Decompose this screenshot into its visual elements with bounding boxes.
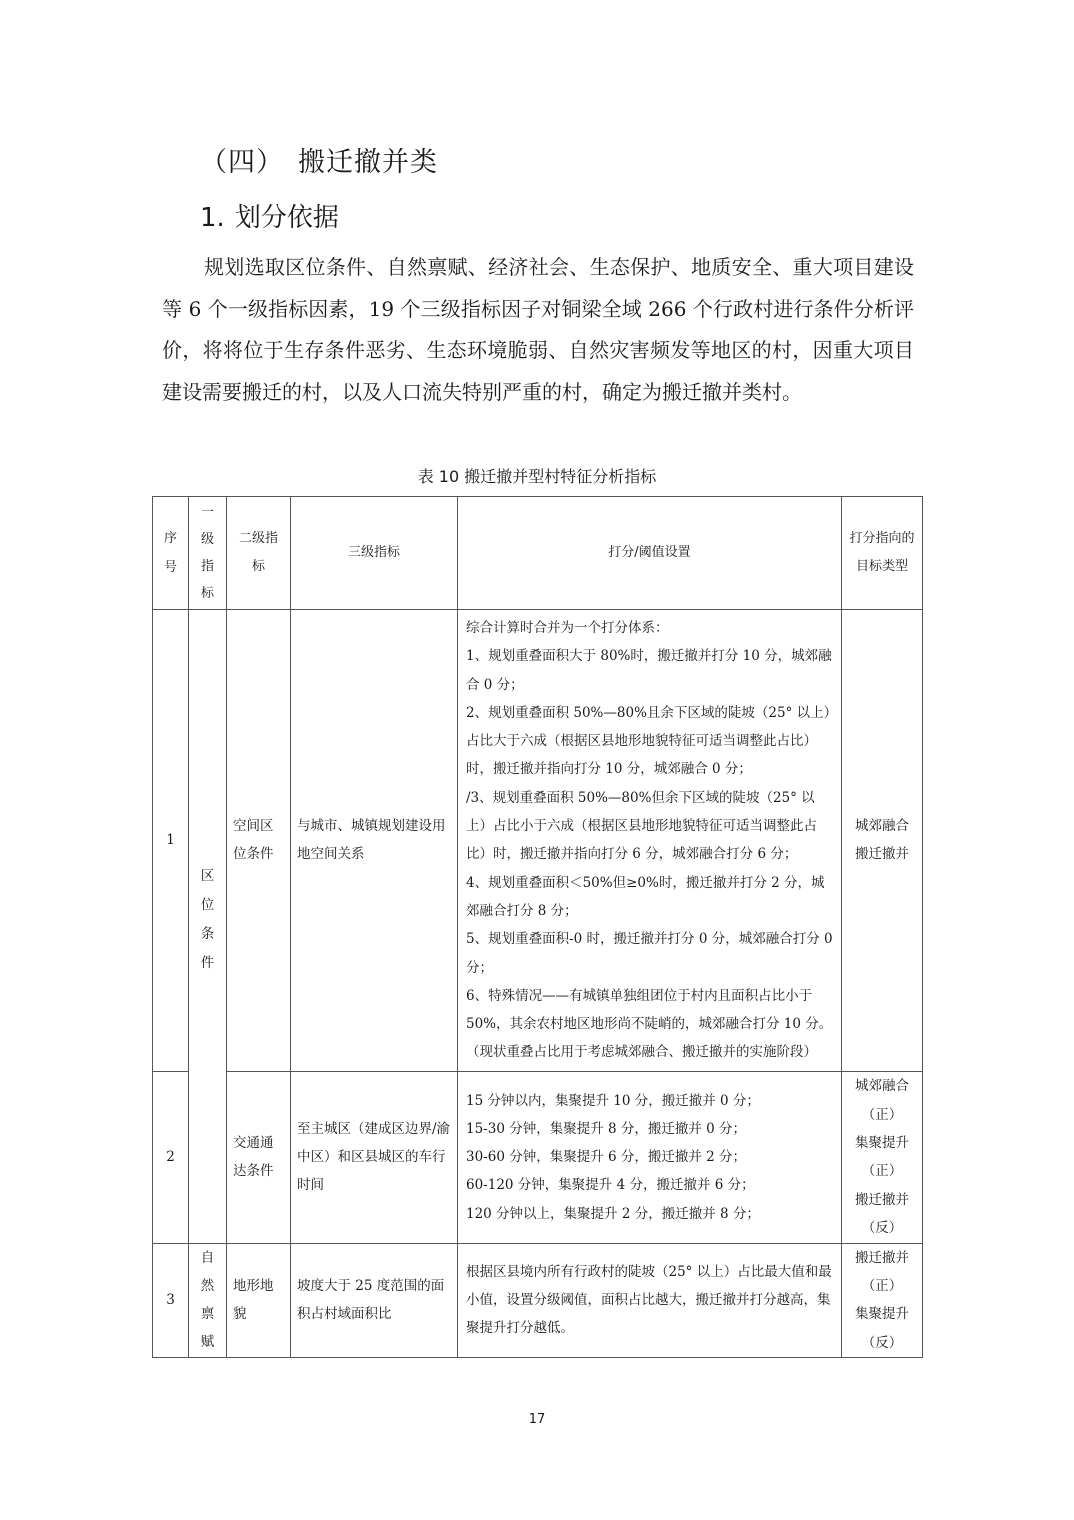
header-level1: 一级指标: [189, 497, 227, 610]
cell-seq: 2: [153, 1071, 189, 1243]
table-row: 2 交通通达条件 至主城区（建成区边界/渝中区）和区县城区的车行时间 15 分钟…: [153, 1071, 923, 1243]
cell-score: 综合计算时合并为一个打分体系： 1、规划重叠面积大于 80%时，搬迁撤并打分 1…: [458, 610, 842, 1072]
subsection-title: 划分依据: [235, 203, 339, 233]
cell-score: 15 分钟以内，集聚提升 10 分，搬迁撤并 0 分； 15-30 分钟，集聚提…: [458, 1071, 842, 1243]
cell-target: 搬迁撤并 （正） 集聚提升 （反）: [842, 1243, 923, 1357]
cell-level3: 至主城区（建成区边界/渝中区）和区县城区的车行时间: [291, 1071, 458, 1243]
cell-seq: 3: [153, 1243, 189, 1357]
header-score: 打分/阈值设置: [458, 497, 842, 610]
section-title: 搬迁撤并类: [298, 147, 438, 178]
cell-level3: 坡度大于 25 度范围的面积占村域面积比: [291, 1243, 458, 1357]
header-seq: 序号: [153, 497, 189, 610]
cell-seq: 1: [153, 610, 189, 1072]
subsection-heading: 1.划分依据: [200, 197, 339, 234]
table-row: 1 区位条件 空间区位条件 与城市、城镇规划建设用地空间关系 综合计算时合并为一…: [153, 610, 923, 1072]
cell-level1: 区位条件: [189, 610, 227, 1244]
body-paragraph: 规划选取区位条件、自然禀赋、经济社会、生态保护、地质安全、重大项目建设等 6 个…: [162, 247, 914, 413]
cell-level3: 与城市、城镇规划建设用地空间关系: [291, 610, 458, 1072]
table-header-row: 序号 一级指标 二级指标 三级指标 打分/阈值设置 打分指向的目标类型: [153, 497, 923, 610]
table-row: 3 自然禀赋 地形地貌 坡度大于 25 度范围的面积占村域面积比 根据区县境内所…: [153, 1243, 923, 1357]
indicator-table: 序号 一级指标 二级指标 三级指标 打分/阈值设置 打分指向的目标类型 1 区位…: [152, 496, 923, 1358]
header-level3: 三级指标: [291, 497, 458, 610]
section-number: （四）: [200, 147, 284, 178]
subsection-number: 1.: [200, 203, 225, 233]
cell-level2: 空间区位条件: [227, 610, 291, 1072]
cell-score: 根据区县境内所有行政村的陡坡（25° 以上）占比最大值和最小值，设置分级阈值，面…: [458, 1243, 842, 1357]
cell-target: 城郊融合 （正） 集聚提升 （正） 搬迁撤并 （反）: [842, 1071, 923, 1243]
cell-target: 城郊融合 搬迁撤并: [842, 610, 923, 1072]
cell-level1: 自然禀赋: [189, 1243, 227, 1357]
header-target: 打分指向的目标类型: [842, 497, 923, 610]
cell-level2: 交通通达条件: [227, 1071, 291, 1243]
table-caption: 表 10 搬迁撤并型村特征分析指标: [0, 464, 1074, 487]
header-level2: 二级指标: [227, 497, 291, 610]
section-heading: （四）搬迁撤并类: [200, 140, 438, 179]
cell-level2: 地形地貌: [227, 1243, 291, 1357]
page-number: 17: [0, 1412, 1074, 1427]
